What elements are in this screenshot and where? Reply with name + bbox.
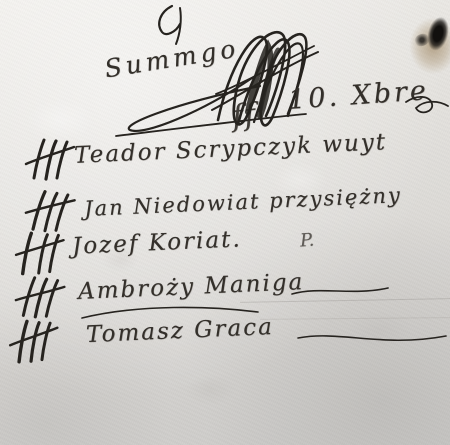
tally-marks-icon [13, 229, 67, 277]
tally-marks-icon [7, 317, 61, 366]
paper-crease [260, 317, 450, 320]
manuscript-page: Summgo ff 10. Xbre Teador Scrypczyk wuyt… [0, 0, 450, 445]
ink-blot-tail [412, 32, 431, 49]
tally-marks-icon [24, 136, 76, 182]
entry-flourish [296, 328, 448, 350]
entry-name: Jozef Koriat. [72, 226, 243, 259]
tally-marks-icon [13, 273, 67, 321]
entry-annotation: P. [299, 230, 315, 252]
tally-marks-icon [23, 187, 77, 236]
date-flourish [404, 92, 450, 118]
entry-flourish [290, 282, 390, 300]
ink-scribble [202, 24, 324, 136]
ink-blot [419, 14, 450, 63]
entry-name: Jan Niedowiat przysiężny [84, 183, 403, 221]
